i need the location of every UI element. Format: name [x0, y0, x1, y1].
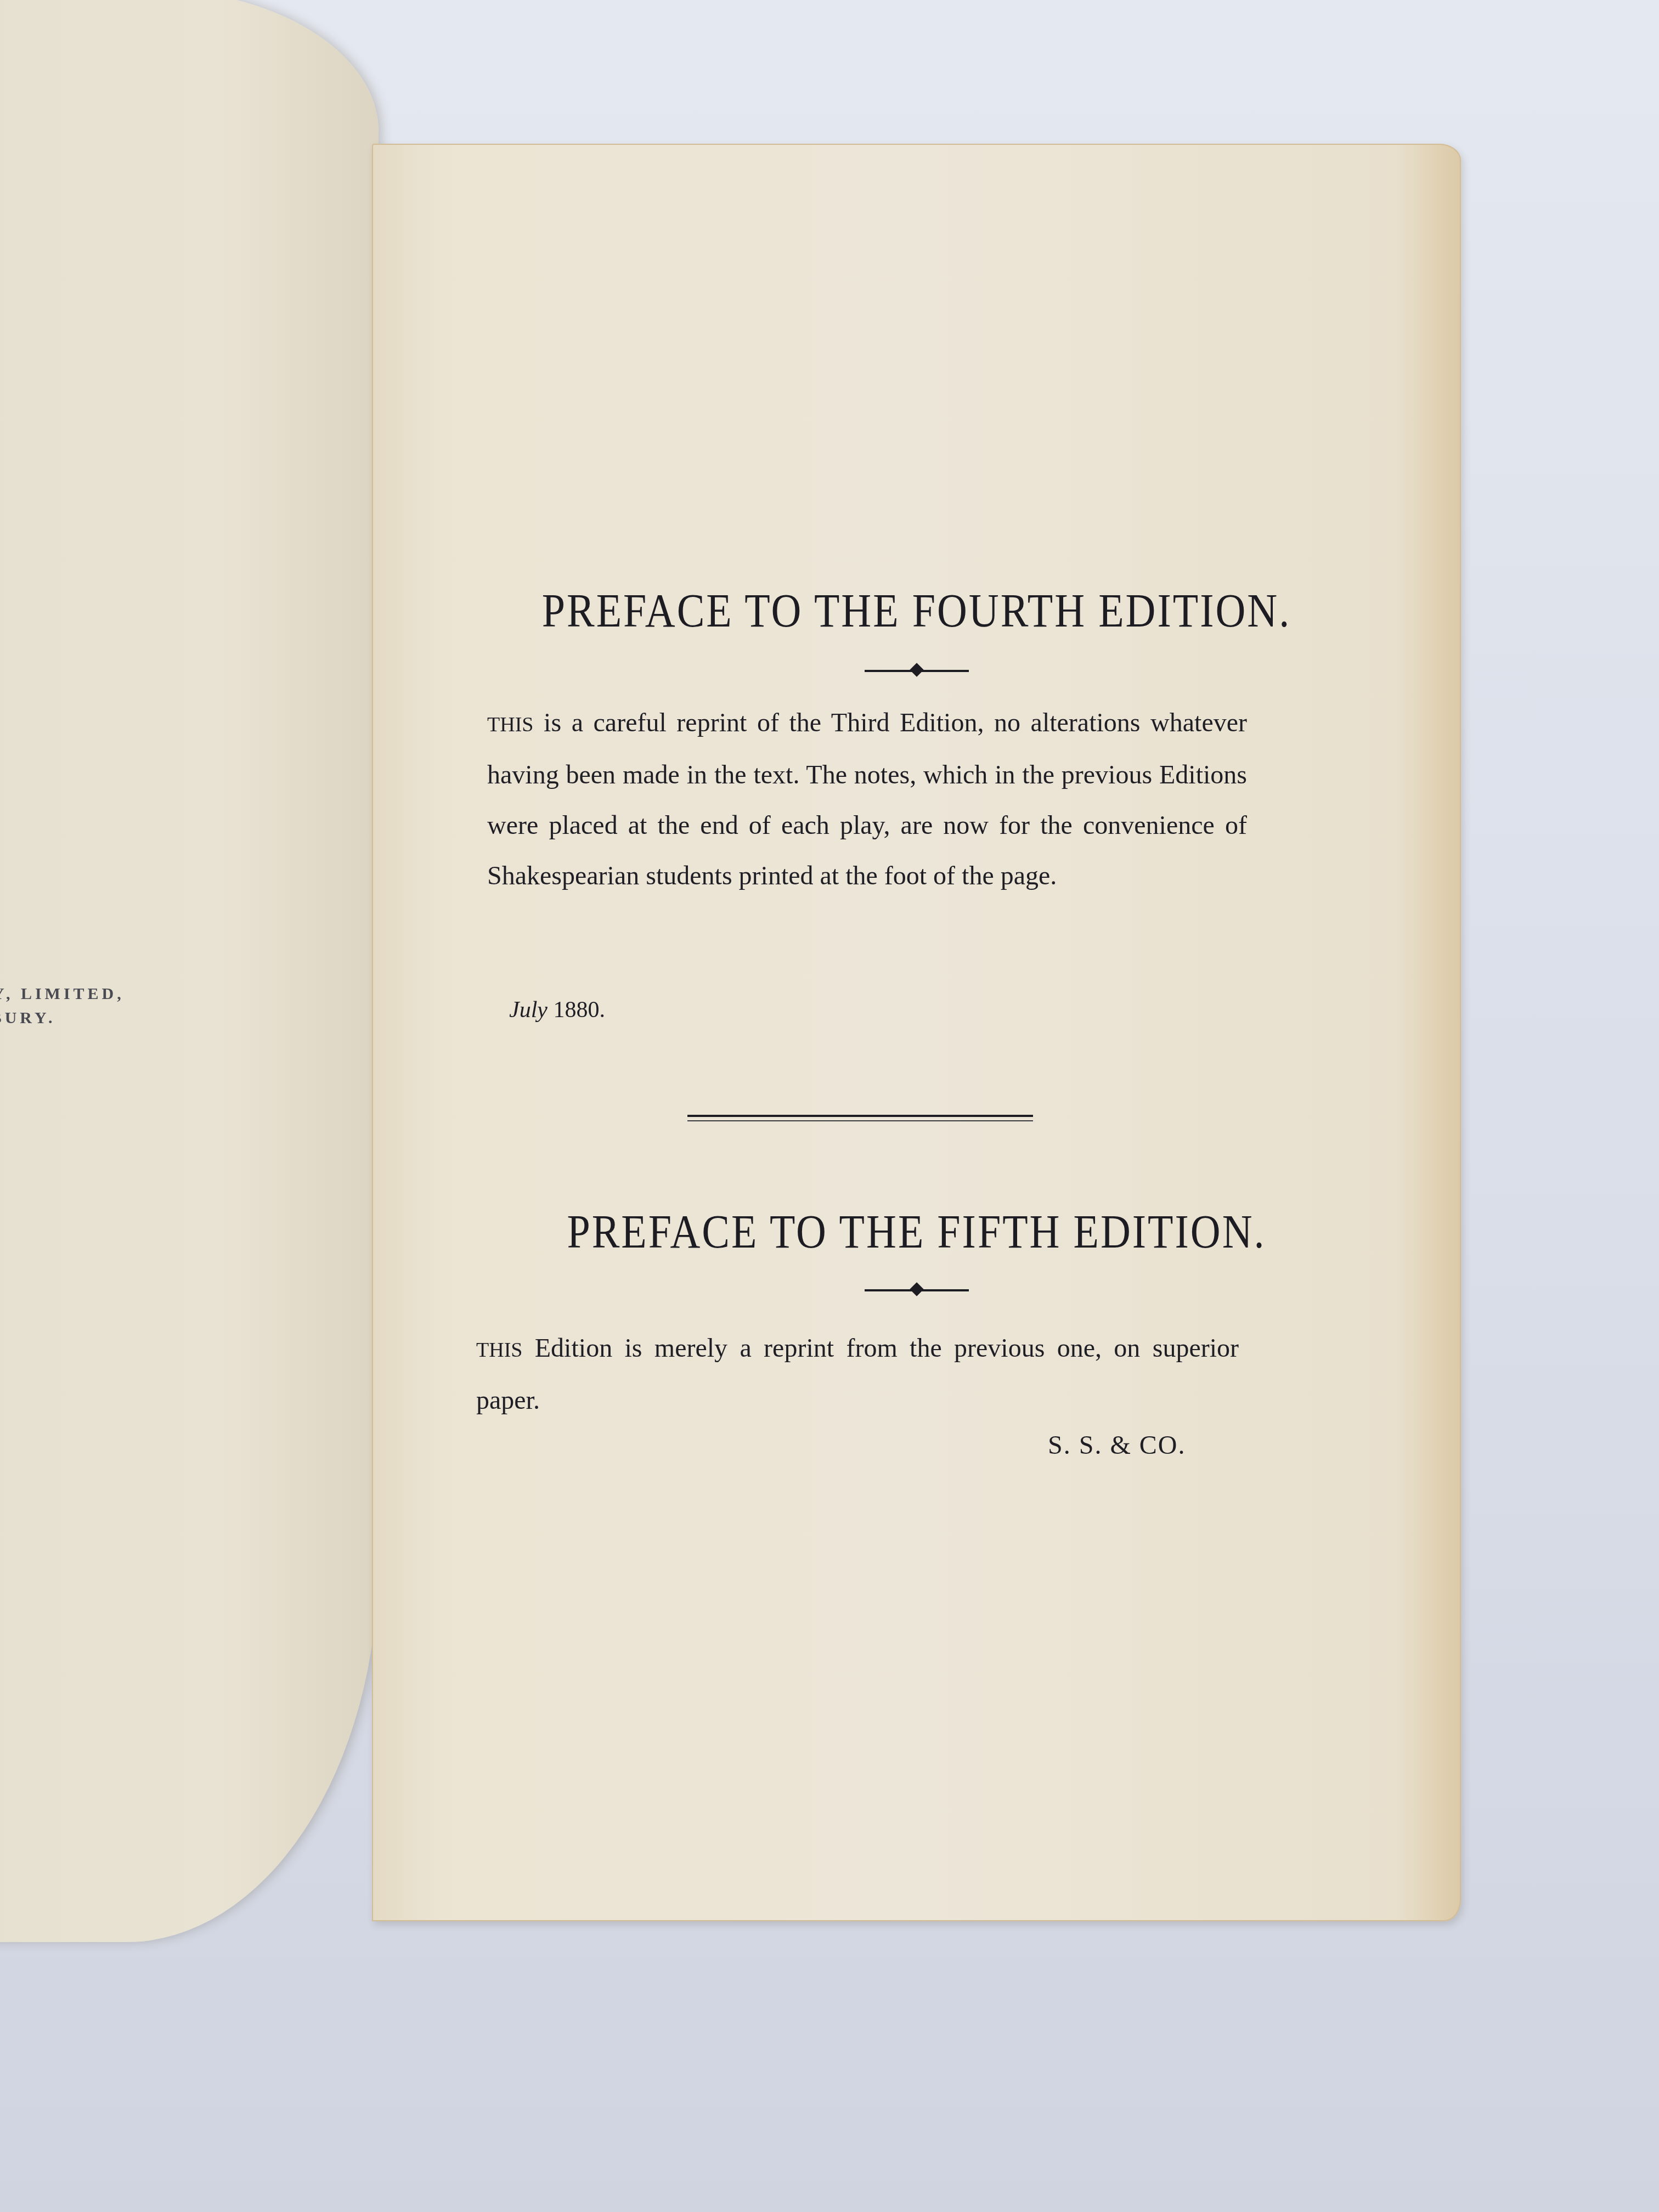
- imprint-line: SBURY.: [0, 1006, 125, 1030]
- date-year: 1880.: [553, 997, 605, 1023]
- printer-imprint: EY, LIMITED, SBURY.: [0, 982, 125, 1030]
- right-page: PREFACE TO THE FOURTH EDITION. This is a…: [372, 144, 1461, 1921]
- date-month: July: [509, 997, 548, 1023]
- fifth-edition-body: This Edition is merely a reprint from th…: [476, 1323, 1239, 1426]
- left-page: EY, LIMITED, SBURY.: [0, 0, 379, 1942]
- body-text: Edition is merely a reprint from the pre…: [476, 1334, 1239, 1415]
- lead-smallcaps: This: [476, 1339, 522, 1362]
- fourth-edition-body: This is a careful reprint of the Third E…: [487, 698, 1247, 901]
- publisher-signature: S. S. & CO.: [1048, 1430, 1186, 1460]
- double-rule-divider: [687, 1115, 1033, 1124]
- body-text: is a careful reprint of the Third Editio…: [487, 708, 1247, 890]
- fourth-edition-heading: PREFACE TO THE FOURTH EDITION.: [372, 583, 1461, 638]
- diamond-ornament-icon: [865, 663, 969, 679]
- fifth-edition-heading: PREFACE TO THE FIFTH EDITION.: [372, 1204, 1461, 1259]
- diamond-ornament-icon: [865, 1282, 969, 1299]
- preface-date: July 1880.: [509, 997, 605, 1023]
- imprint-line: EY, LIMITED,: [0, 982, 125, 1006]
- lead-smallcaps: This: [487, 713, 533, 736]
